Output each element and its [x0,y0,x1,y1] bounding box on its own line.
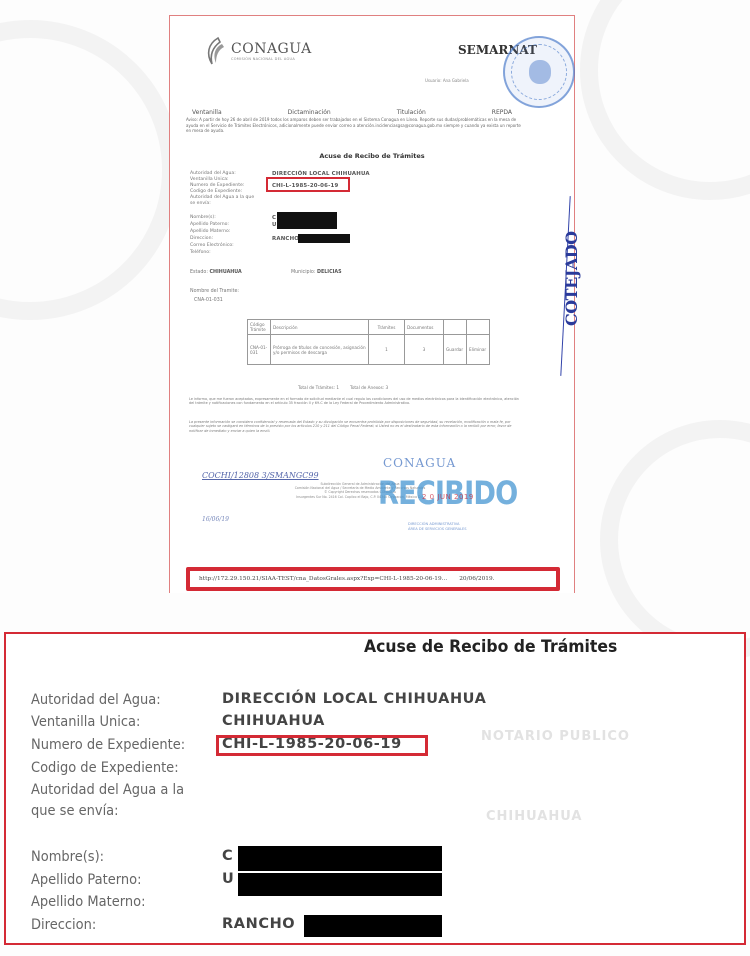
redaction-bar [304,915,442,937]
field-label: Nombre(s): [190,215,216,221]
redaction-bar [298,234,350,243]
field-label: Autoridad del Agua a la [31,782,184,798]
tramite-label: Nombre del Tramite: [190,289,239,294]
tramite-code: CNA-01-031 [194,298,223,303]
field-value-direccion: RANCHO [222,916,295,932]
handwritten-date: 16/06/19 [202,516,229,523]
scanned-document-page: CONAGUA COMISIÓN NACIONAL DEL AGUA SEMAR… [169,15,575,593]
field-label: Teléfono: [190,250,211,256]
page-title: Acuse de Recibo de Trámites [170,152,574,160]
tab-repda[interactable]: REPDA [492,109,512,116]
tab-titulacion[interactable]: Titulación [397,109,426,116]
stamp-subtext: DIRECCIÓN ADMINISTRATIVA ÁREA DE SERVICI… [408,522,467,531]
guardar-button[interactable]: Guardar [444,335,467,365]
conagua-logo-icon [204,36,228,66]
field-value-apellido-paterno: U [272,222,277,228]
background-decoration [580,0,750,200]
field-label: Apellido Paterno: [31,872,141,888]
stamp-date: 2 0 JUN 2019 [422,493,474,501]
field-label: Apellido Materno: [31,894,145,910]
tramites-table: Código Trámite Descripción Trámites Docu… [247,319,490,365]
table-row: CNA-01-031 Prórroga de títulos de conces… [248,335,490,365]
total-tramites: Total de Trámites: 1 [298,385,339,390]
total-anexos: Total de Anexos: 3 [350,385,388,390]
background-decoration [0,20,180,320]
ghost-text: NOTARIO PUBLICO [481,729,630,744]
field-label: que se envía: [31,803,119,819]
municipio-row: Municipio: DELICIAS [291,270,342,275]
url-date: 20/06/2019. [459,576,494,582]
zoom-title: Acuse de Recibo de Trámites [364,637,617,657]
user-line: Usuario: Ana Gabriela [425,78,469,83]
field-label: Ventanilla Unica: [31,714,140,730]
eliminar-button[interactable]: Eliminar [467,335,490,365]
field-label: Numero de Expediente: [31,737,185,753]
field-label: Apellido Paterno: [190,222,229,228]
field-value-direccion: RANCHO [272,236,299,242]
stamp-conagua: CONAGUA [383,456,456,470]
document-url[interactable]: http://172.29.150.21/SIAA-TEST/cna_Datos… [199,576,447,582]
field-label: Direccion: [31,917,96,933]
legal-text-2: La presente información se considera con… [189,420,519,433]
tab-dictaminacion[interactable]: Dictaminación [288,109,331,116]
field-label: Codigo de Expediente: [31,760,179,776]
conagua-logo: CONAGUA COMISIÓN NACIONAL DEL AGUA [204,36,312,66]
field-label: Correo Electrónico: [190,243,234,249]
notice-text: Aviso: A partir de hoy 26 de abril de 20… [186,117,526,134]
legal-text-1: Le informo, que me fueron aceptados, exp… [189,397,519,406]
field-value-nombre: C [222,848,233,864]
cotejado-stamp: COTEJADO [562,231,581,326]
top-nav: Ventanilla Dictaminación Titulación REPD… [192,109,512,116]
redaction-bar [277,220,337,229]
table-header-row: Código Trámite Descripción Trámites Docu… [248,320,490,335]
ghost-text: CHIHUAHUA [486,809,582,824]
field-value-apellido-paterno: U [222,871,234,887]
url-highlight-box: http://172.29.150.21/SIAA-TEST/cna_Datos… [186,567,560,591]
field-label: Apellido Materno: [190,229,230,235]
zoomed-detail-panel: NOTARIO PUBLICO CHIHUAHUA Acuse de Recib… [4,632,746,945]
field-label: Direccion: [190,236,213,242]
field-label: Autoridad del Agua: [31,692,161,708]
field-label: Nombre(s): [31,849,104,865]
field-value-autoridad: DIRECCIÓN LOCAL CHIHUAHUA [222,691,486,707]
expediente-highlight-box [216,735,428,756]
official-seal-icon [503,36,575,108]
estado-row: Estado: CHIHUAHUA [190,270,242,275]
field-value-nombre: C [272,215,276,221]
expediente-highlight-box [266,177,350,192]
field-value-ventanilla: CHIHUAHUA [222,713,325,729]
field-label: Autoridad del Agua a la que se envía: [190,195,260,207]
redaction-bar [238,846,442,871]
background-decoration [600,420,750,660]
tab-ventanilla[interactable]: Ventanilla [192,109,222,116]
redaction-bar [238,873,442,896]
handwritten-signature: COCHI/12808 3/SMANGC99 [202,471,319,480]
